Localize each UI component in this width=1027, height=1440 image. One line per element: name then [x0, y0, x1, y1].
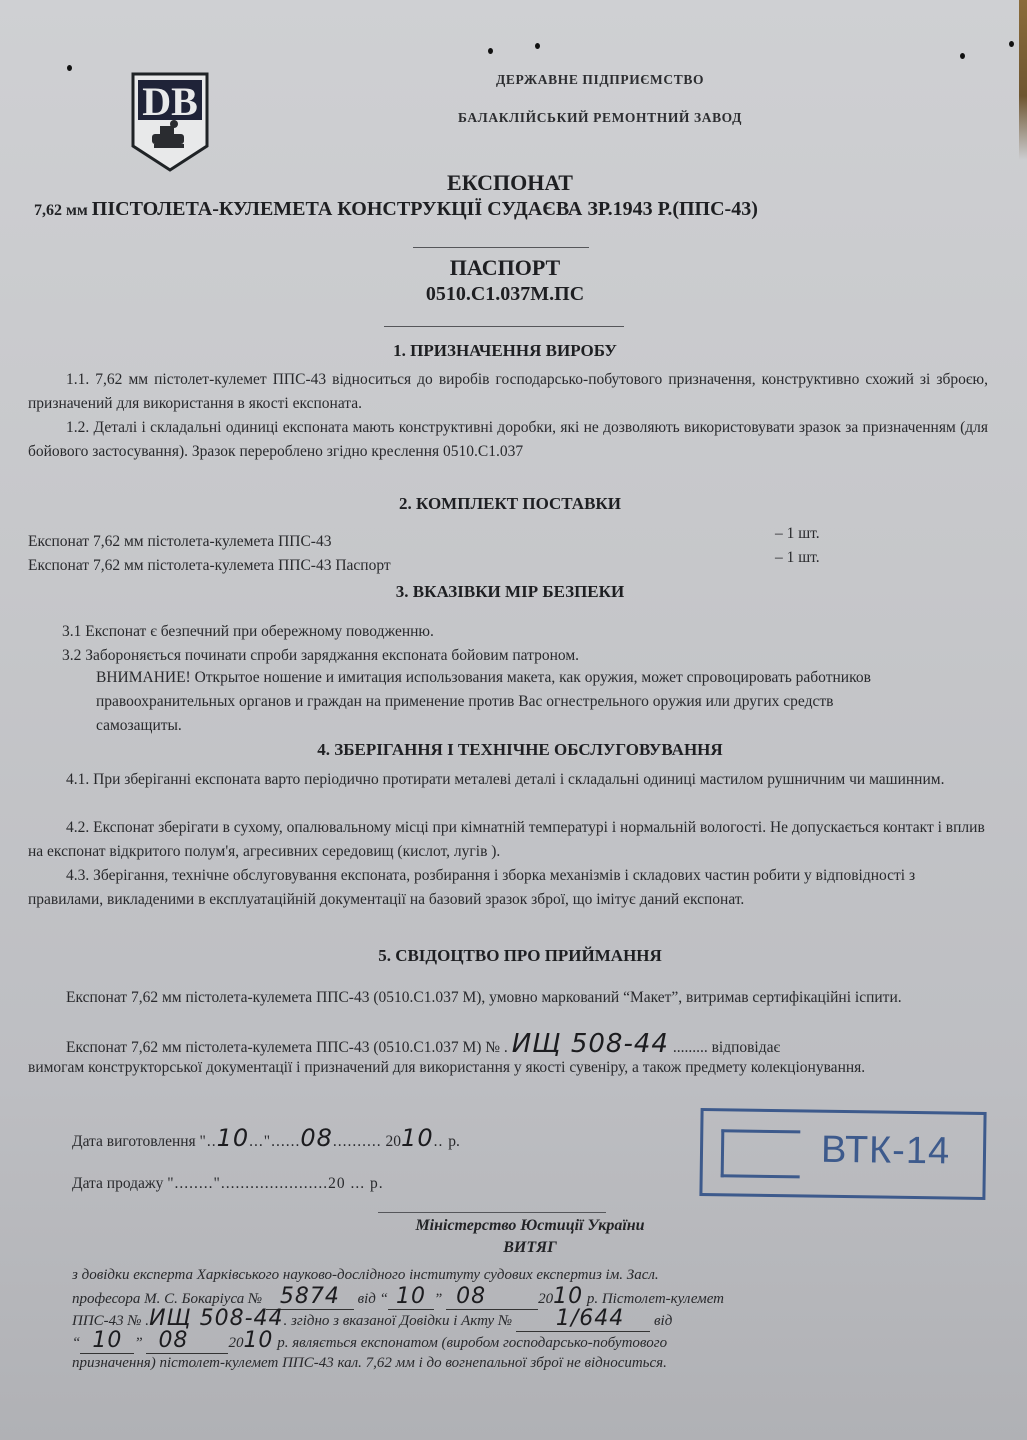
divider: [378, 1212, 606, 1213]
supply-item-name: Експонат 7,62 мм пістолета-кулемета ППС-…: [28, 530, 548, 554]
section-3-item-2: 3.2 Забороняється починати спроби зарядж…: [62, 644, 962, 668]
manufacture-month: 08: [300, 1124, 333, 1152]
divider: [384, 326, 624, 327]
section-5-paragraph-1: Експонат 7,62 мм пістолета-кулемета ППС-…: [28, 986, 993, 1010]
section-1-paragraph-1: 1.1. 7,62 мм пістолет-кулемет ППС-43 від…: [28, 368, 988, 416]
shield-logo-icon: DB: [130, 72, 210, 172]
punch-hole: [960, 53, 965, 59]
paper-edge: [1019, 0, 1027, 160]
extract-title: ВИТЯГ: [440, 1239, 620, 1257]
sale-date-line: Дата продажу "........".................…: [72, 1172, 384, 1196]
extract-text: ”: [434, 1291, 442, 1307]
manufacture-date-label: Дата виготовлення: [72, 1133, 196, 1150]
section-1-heading: 1. ПРИЗНАЧЕННЯ ВИРОБУ: [290, 341, 720, 361]
extract-text: професора М. С. Бокаріуса №: [72, 1291, 262, 1307]
weapon-title: ПІСТОЛЕТА-КУЛЕМЕТА КОНСТРУКЦІЇ СУДАЄВА З…: [92, 198, 758, 220]
section-4-paragraph-1: 4.1. При зберіганні експоната варто пері…: [28, 768, 993, 792]
document-title: ЕКСПОНАТ: [300, 170, 720, 196]
punch-hole: [1009, 41, 1014, 47]
extract-text: 20: [538, 1291, 553, 1307]
stamp-text: ВТК-14: [821, 1129, 951, 1174]
section-2-heading: 2. КОМПЛЕКТ ПОСТАВКИ: [290, 494, 730, 514]
manufacture-day: 10: [217, 1124, 250, 1152]
section-3-heading: 3. ВКАЗІВКИ МІР БЕЗПЕКИ: [300, 582, 720, 602]
serial-line-prefix: Експонат 7,62 мм пістолета-кулемета ППС-…: [66, 1039, 508, 1056]
serial-line-suffix: ......... відповідає: [673, 1039, 780, 1056]
supply-item-qty: – 1 шт.: [775, 522, 875, 546]
supply-item-name: Експонат 7,62 мм пістолета-кулемета ППС-…: [28, 554, 588, 578]
extract-text: . згідно з вказаної Довідки і Акту №: [284, 1313, 513, 1329]
sale-date-blank: "........"......................20 ... р…: [167, 1175, 383, 1192]
qc-stamp: ВТК-14: [699, 1108, 986, 1200]
passport-title: ПАСПОРТ: [350, 255, 660, 281]
extract-text: від “: [358, 1291, 388, 1307]
handwritten-serial: ИЩ 508-44: [512, 1029, 669, 1059]
year-suffix: р.: [448, 1133, 460, 1150]
svg-text:DB: DB: [142, 79, 198, 124]
year-prefix: 20: [386, 1133, 402, 1150]
section-4-paragraph-2: 4.2. Експонат зберігати в сухому, опалюв…: [28, 816, 993, 864]
punch-hole: [535, 43, 540, 49]
org-line-2: БАЛАКЛІЙСЬКИЙ РЕМОНТНИЙ ЗАВОД: [380, 110, 820, 126]
warning-text: ВНИМАНИЕ! Открытое ношение и имитация ис…: [96, 666, 896, 738]
extract-text: р. являється експонатом (виробом господа…: [277, 1335, 667, 1351]
section-4-paragraph-3: 4.3. Зберігання, технічне обслуговування…: [28, 864, 993, 912]
passport-code: 0510.С1.037М.ПС: [350, 283, 660, 306]
factory-logo: DB: [130, 72, 210, 172]
sale-date-label: Дата продажу: [72, 1175, 163, 1192]
section-1-paragraph-2: 1.2. Деталі і складальні одиниці експона…: [28, 416, 988, 464]
org-line-1: ДЕРЖАВНЕ ПІДПРИЄМСТВО: [400, 72, 800, 88]
section-3-item-1: 3.1 Експонат є безпечний при обережному …: [62, 620, 962, 644]
extract-text: від: [654, 1313, 672, 1329]
act-year: 10: [243, 1328, 273, 1353]
manufacture-year: 10: [401, 1124, 434, 1152]
document-subtitle: 7,62 мм ПІСТОЛЕТА-КУЛЕМЕТА КОНСТРУКЦІЇ С…: [34, 198, 994, 221]
caliber-prefix: 7,62 мм: [34, 202, 88, 219]
section-5-paragraph-2-rest: вимогам конструкторської документації і …: [28, 1056, 993, 1080]
extract-line-5: призначення) пістолет-кулемет ППС-43 кал…: [72, 1351, 992, 1375]
supply-item-qty: – 1 шт.: [775, 546, 875, 570]
section-5-heading: 5. СВІДОЦТВО ПРО ПРИЙМАННЯ: [290, 946, 750, 966]
extract-text: ”: [134, 1335, 142, 1351]
divider: [413, 247, 589, 248]
punch-hole: [488, 48, 493, 54]
stamp-box: [721, 1129, 801, 1178]
section-4-heading: 4. ЗБЕРІГАННЯ І ТЕХНІЧНЕ ОБСЛУГОВУВАННЯ: [240, 740, 800, 760]
extract-text: 20: [228, 1335, 243, 1351]
punch-hole: [67, 65, 72, 71]
extract-text: р. Пістолет-кулемет: [587, 1291, 724, 1307]
ministry-title: Міністерство Юстиції України: [320, 1217, 740, 1235]
extract-text: ППС-43 № .: [72, 1313, 149, 1329]
manufacture-date-line: Дата виготовлення "..10..."......08.....…: [72, 1126, 460, 1154]
